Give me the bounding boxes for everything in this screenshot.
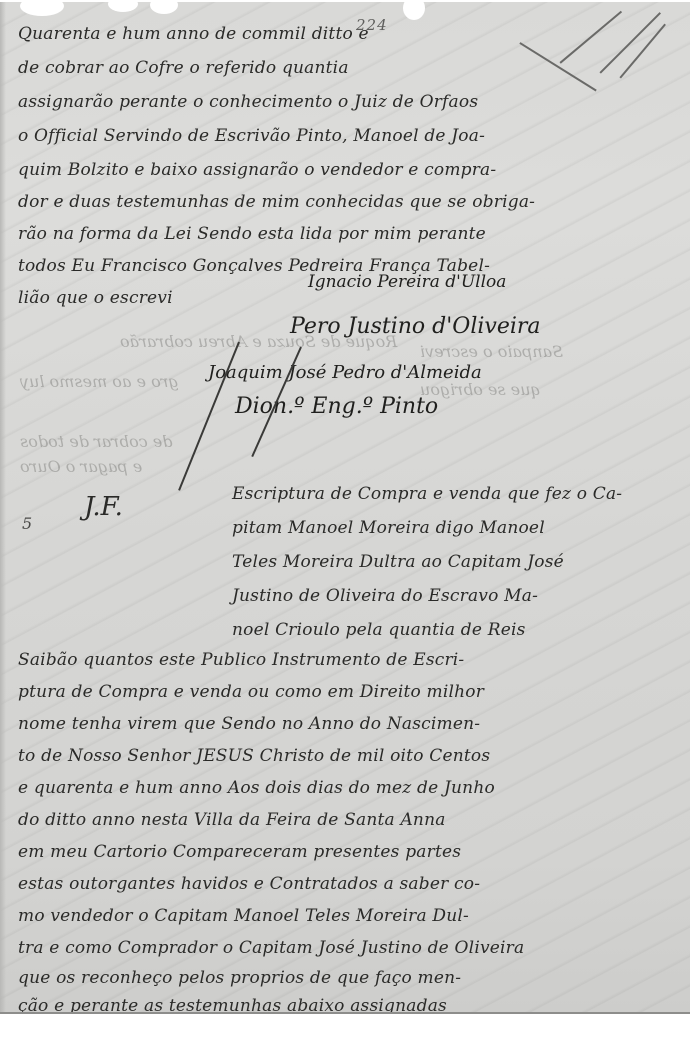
deed-heading-line-5: noel Crioulo pela quantia de Reis [232,620,687,640]
closing-line-2: de cobrar ao Cofre o referido quantia [18,58,683,78]
deed-body-line-1: Saibão quantos este Publico Instrumento … [18,650,683,670]
bleed-through-text: gro e ao mesmo luy [20,372,179,391]
deed-body-line-2: ptura de Compra e venda ou como em Direi… [18,682,683,702]
closing-line-5: quim Bolzito e baixo assignarão o vended… [18,160,683,180]
deed-heading-line-4: Justino de Oliveira do Escravo Ma- [232,586,687,606]
deed-body-line-5: e quarenta e hum anno Aos dois dias do m… [18,778,683,798]
deed-body-line-7: em meu Cartorio Compareceram presentes p… [18,842,683,862]
paper-tear [150,2,178,14]
deed-heading-line-1: Escriptura de Compra e venda que fez o C… [232,484,687,504]
closing-line-4: o Official Servindo de Escrivão Pinto, M… [18,126,683,146]
paper-tear [108,2,138,12]
deed-body-line-4: to de Nosso Senhor JESUS Christo de mil … [18,746,683,766]
signature-3: Joaquim José Pedro d'Almeida [208,362,482,383]
margin-initials: J.F. [84,492,123,522]
deed-body-line-11: que os reconheço pelos proprios de que f… [18,968,683,988]
signature-2: Pero Justino d'Oliveira [290,314,541,339]
signature-4: Dion.º Eng.º Pinto [235,394,438,419]
paper-tear [20,2,64,16]
bleed-through-text: e pagar o Ouro [20,457,142,476]
bleed-through-text: Sanpaio o escrevi [420,342,563,361]
deed-heading-line-3: Teles Moreira Dultra ao Capitam José [232,552,687,572]
bleed-through-text: de cobrar de todos [20,432,173,451]
deed-body-line-3: nome tenha virem que Sendo no Anno do Na… [18,714,683,734]
signature-1: Ignacio Pereira d'Ulloa [308,272,506,292]
closing-line-3: assignarão perante o conhecimento o Juiz… [18,92,683,112]
deed-body-line-8: estas outorgantes havidos e Contratados … [18,874,683,894]
deed-body-line-10: tra e como Comprador o Capitam José Just… [18,938,683,958]
margin-number: 5 [22,514,32,533]
deed-body-line-6: do ditto anno nesta Villa da Feira de Sa… [18,810,683,830]
closing-line-9: lião que o escrevi [18,288,218,308]
closing-line-1: Quarenta e hum anno de commil ditto e [18,24,683,44]
deed-body-line-12: ção e perante as testemunhas abaixo assi… [18,996,683,1014]
page-left-edge [0,2,6,1012]
manuscript-page: Roque de Souza e Abreu cobrarão Sanpaio … [0,2,690,1014]
deed-heading-line-2: pitam Manoel Moreira digo Manoel [232,518,687,538]
paper-tear [403,2,425,20]
closing-line-7: rão na forma da Lei Sendo esta lida por … [18,224,683,244]
closing-line-6: dor e duas testemunhas de mim conhecidas… [18,192,683,212]
deed-body-line-9: mo vendedor o Capitam Manoel Teles Morei… [18,906,683,926]
